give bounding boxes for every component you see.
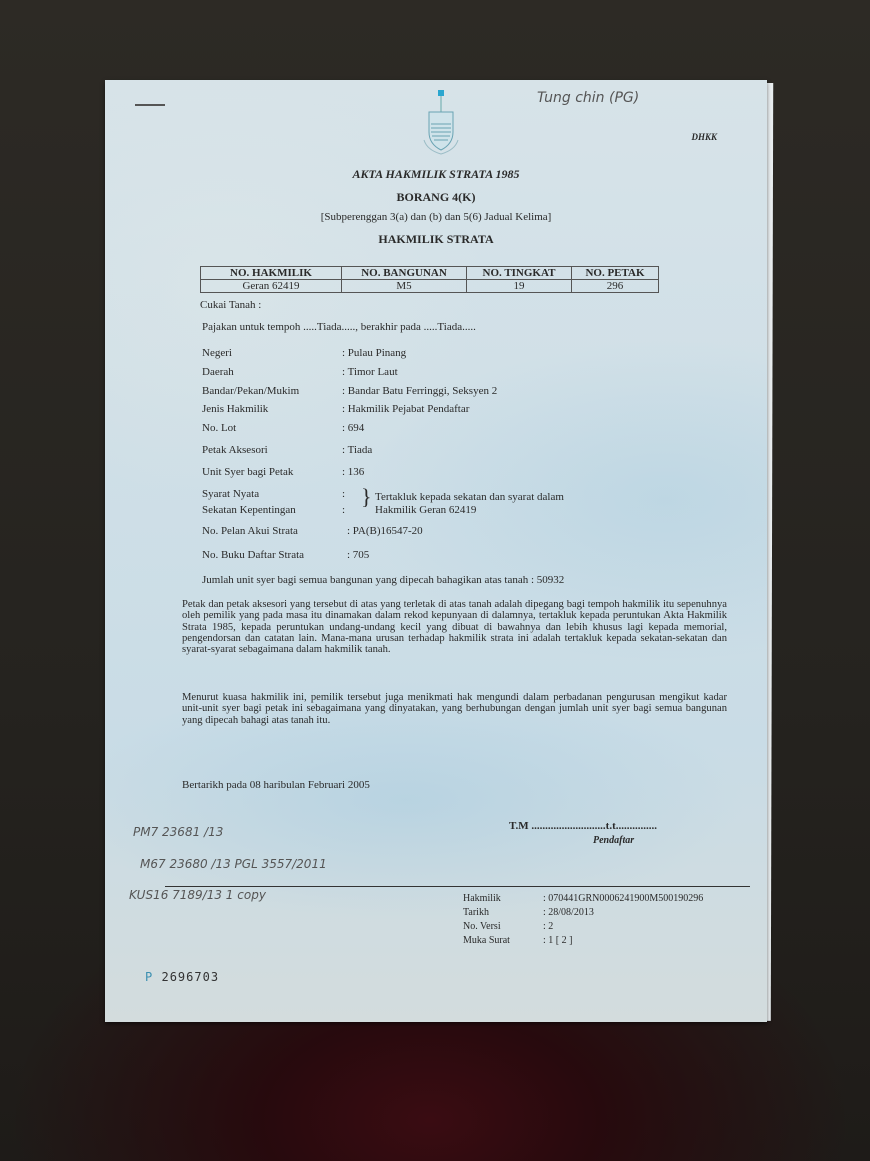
divider-line <box>165 886 750 887</box>
header-no-petak: NO. PETAK <box>572 267 659 280</box>
brace-icon: } <box>361 486 372 508</box>
form-subtitle: [Subperenggan 3(a) dan (b) dan 5(6) Jadu… <box>105 211 767 223</box>
handwritten-note-2: M67 23680 /13 PGL 3557/2011 <box>140 857 327 871</box>
paragraph-tenure: Petak dan petak aksesori yang tersebut d… <box>182 599 727 655</box>
date-issued: Bertarikh pada 08 haribulan Februari 200… <box>182 779 370 791</box>
value-no-petak: 296 <box>572 280 659 293</box>
form-number: BORANG 4(K) <box>105 190 767 205</box>
value-no-tingkat: 19 <box>467 280 572 293</box>
cukai-tanah-label: Cukai Tanah : <box>200 299 261 311</box>
handwritten-note-3: KUS16 7189/13 1 copy <box>129 888 266 902</box>
header-no-hakmilik: NO. HAKMILIK <box>201 267 342 280</box>
penang-state-crest-icon <box>421 88 461 156</box>
syarat-value-line1: Tertakluk kepada sekatan dan syarat dala… <box>375 491 564 503</box>
title-table: NO. HAKMILIK NO. BANGUNAN NO. TINGKAT NO… <box>200 266 659 293</box>
document-heading: HAKMILIK STRATA <box>105 232 767 247</box>
handwritten-owner-note: Tung chin (PG) <box>537 90 639 106</box>
punch-mark <box>135 104 165 106</box>
jumlah-unit-syer: Jumlah unit syer bagi semua bangunan yan… <box>202 574 564 586</box>
strata-title-document: Tung chin (PG) DHKK AKTA HAKMILIK STRATA… <box>105 80 767 1022</box>
paragraph-voting-rights: Menurut kuasa hakmilik ini, pemilik ters… <box>182 692 727 726</box>
serial-number: P 2696703 <box>145 970 219 984</box>
pajakan-line: Pajakan untuk tempoh .....Tiada....., be… <box>202 321 476 333</box>
signature-line: T.M ...........................t.t......… <box>509 820 657 832</box>
handwritten-note-1: PM7 23681 /13 <box>133 825 223 839</box>
syarat-value-line2: Hakmilik Geran 62419 <box>375 504 476 516</box>
header-no-tingkat: NO. TINGKAT <box>467 267 572 280</box>
act-title: AKTA HAKMILIK STRATA 1985 <box>105 167 767 182</box>
header-no-bangunan: NO. BANGUNAN <box>342 267 467 280</box>
value-no-bangunan: M5 <box>342 280 467 293</box>
value-no-hakmilik: Geran 62419 <box>201 280 342 293</box>
document-code: DHKK <box>691 132 717 142</box>
registrar-label: Pendaftar <box>593 835 634 846</box>
